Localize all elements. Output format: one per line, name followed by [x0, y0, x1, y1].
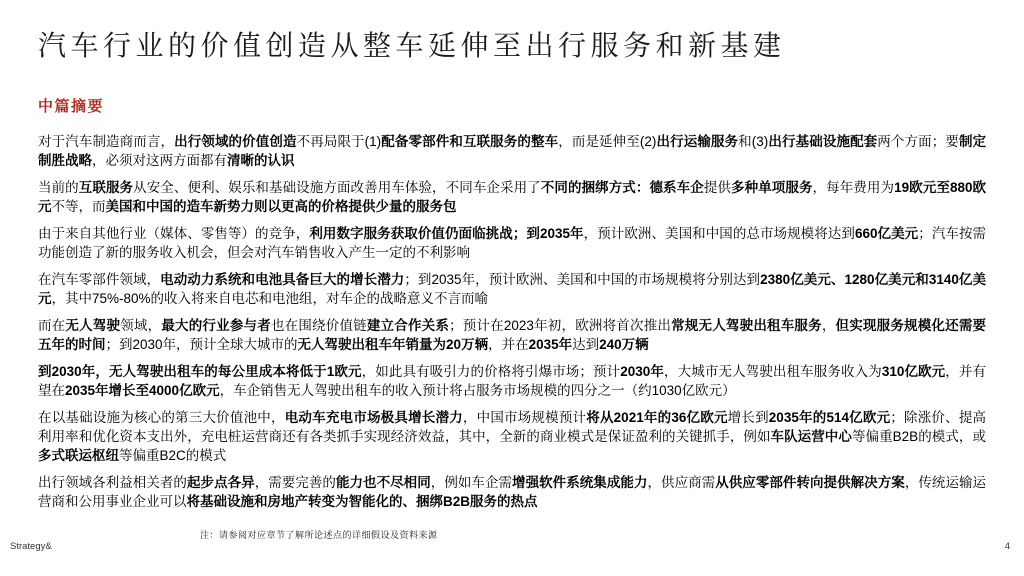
summary-paragraph: 出行领域各利益相关者的起步点各异，需要完善的能力也不尽相同，例如车企需增强软件系…: [38, 473, 986, 511]
slide: 汽车行业的价值创造从整车延伸至出行服务和新基建 中篇摘要 对于汽车制造商而言，出…: [0, 0, 1024, 576]
summary-paragraph: 当前的互联服务从安全、便利、娱乐和基础设施方面改善用车体验，不同车企采用了不同的…: [38, 178, 986, 216]
summary-paragraph: 对于汽车制造商而言，出行领域的价值创造不再局限于(1)配备零部件和互联服务的整车…: [38, 132, 986, 170]
brand-logo: Strategy&: [10, 541, 52, 552]
section-label: 中篇摘要: [38, 95, 104, 116]
summary-paragraph: 在以基础设施为核心的第三大价值池中，电动车充电市场极具增长潜力，中国市场规模预计…: [38, 408, 986, 465]
page-number: 4: [1005, 541, 1010, 552]
footnote: 注：请参阅对应章节了解所论述点的详细假设及资料来源: [200, 528, 438, 541]
summary-paragraph: 在汽车零部件领域，电动动力系统和电池具备巨大的增长潜力；到2035年，预计欧洲、…: [38, 270, 986, 308]
summary-paragraph: 而在无人驾驶领域，最大的行业参与者也在围绕价值链建立合作关系；预计在2023年初…: [38, 316, 986, 354]
summary-paragraph: 到2030年，无人驾驶出租车的每公里成本将低于1欧元，如此具有吸引力的价格将引爆…: [38, 362, 986, 400]
page-title: 汽车行业的价值创造从整车延伸至出行服务和新基建: [38, 24, 988, 64]
summary-paragraphs: 对于汽车制造商而言，出行领域的价值创造不再局限于(1)配备零部件和互联服务的整车…: [38, 132, 986, 519]
summary-paragraph: 由于来自其他行业（媒体、零售等）的竞争，利用数字服务获取价值仍面临挑战；到203…: [38, 224, 986, 262]
